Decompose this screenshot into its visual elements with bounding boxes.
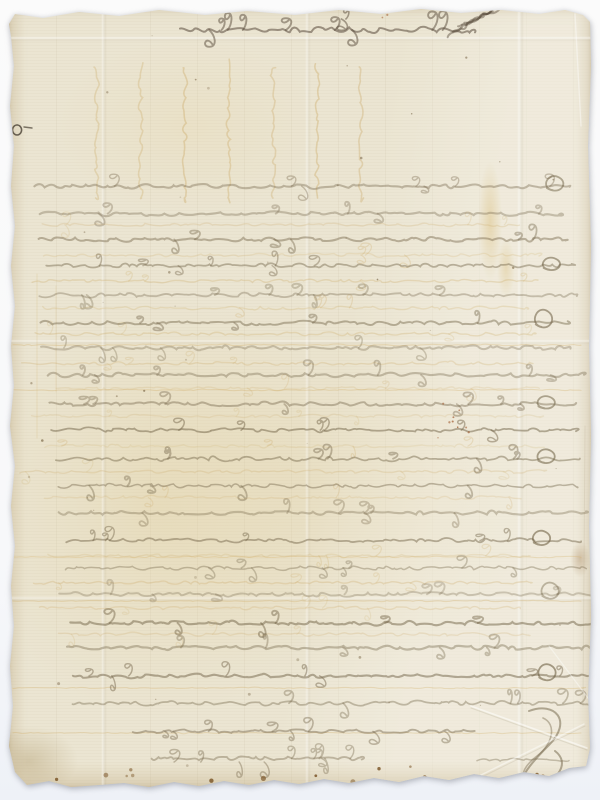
ink-bleed-layer	[9, 6, 591, 787]
scanner-background: Scanned handwritten manuscript letter — …	[0, 0, 600, 800]
manuscript-page	[0, 0, 600, 800]
paper-sheet	[9, 6, 591, 787]
